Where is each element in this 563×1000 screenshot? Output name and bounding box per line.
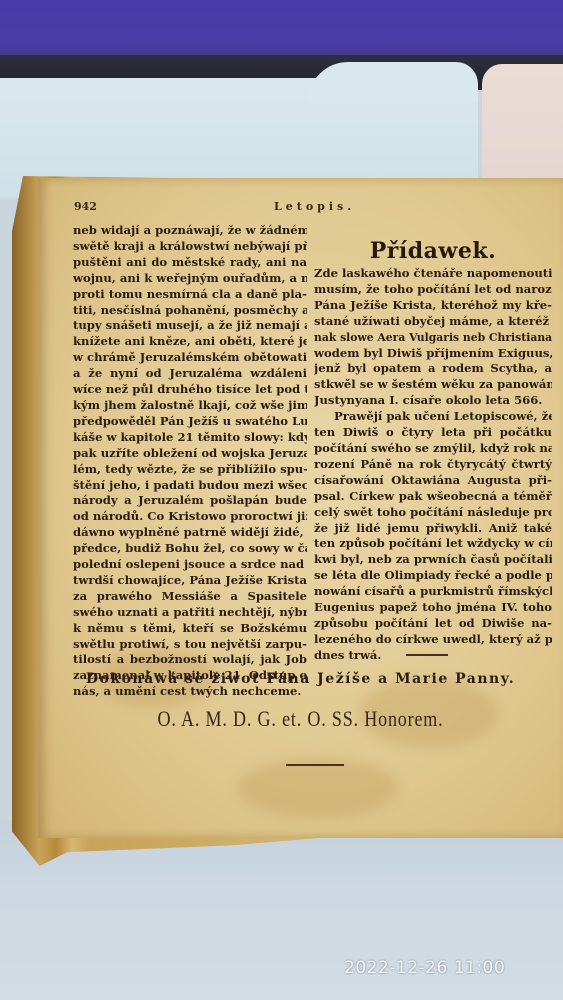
running-title: Letopis. <box>274 200 355 213</box>
text-line: nak slowe Aera Vulgaris neb Christiana, … <box>314 330 552 346</box>
text-line: tilostí a bezbožností wolají, jak Job <box>73 652 307 668</box>
text-line: knížete ani kněze, ani oběti, které jeno… <box>73 334 307 350</box>
text-line: dáwno wyplněné patrně widějí židé, a <box>73 525 307 541</box>
text-line: předpowěděl Pán Ježíš u swatého Lu- <box>73 414 307 430</box>
text-line: swětě kraji a králowstwí nebýwají při- <box>73 239 307 255</box>
motto: O. A. M. D. G. et. O. SS. Honorem. <box>85 706 516 732</box>
text-line: za prawého Messiáše a Spasitele <box>73 589 307 605</box>
text-line: swětlu protiwí, s tou největší zarpu- <box>73 637 307 653</box>
text-line: ten způsob počítání let wždycky w cír- <box>314 536 552 552</box>
text-line: titi, nesčíslná pohanění, posměchy a po- <box>73 303 307 319</box>
text-line: národy a Jeruzalém pošlapán bude <box>73 493 307 509</box>
text-line: se léta dle Olimpiady řecké a podle pa- <box>314 568 552 584</box>
text-line: wíce než půl druhého tisíce let pod těž- <box>73 382 307 398</box>
text-line: počítání swého se zmýlil, když rok na- <box>314 441 552 457</box>
text-line: swého uznati a patřiti nechtějí, nýbrž <box>73 605 307 621</box>
text-line: od národů. Co Kristowo proroctwí již <box>73 509 307 525</box>
text-line: káše w kapitole 21 těmito slowy: když <box>73 430 307 446</box>
text-line: jenž byl opatem a rodem Scytha, a <box>314 361 552 377</box>
text-line: stkwěl se w šestém wěku za panowání <box>314 377 552 393</box>
page-number: 942 <box>74 200 97 213</box>
right-column: Zde laskawého čtenáře napomenouti musím,… <box>314 266 552 664</box>
running-head: 942 Letopis. <box>38 200 563 214</box>
text-line: štění jeho, i padati budou mezi wšecky <box>73 478 307 494</box>
text-line: Prawějí pak učení Letopiscowé, že <box>314 409 552 425</box>
text-line: tupy snášeti musejí, a že již nemají ani <box>73 318 307 334</box>
photo-timestamp: 2022-12-26 11:00 <box>344 958 505 978</box>
text-line: w chrámě Jeruzalémském obětowati směli, <box>73 350 307 366</box>
text-line: Zde laskawého čtenáře napomenouti <box>314 266 552 282</box>
text-line: způsobu počítání let od Diwiše na- <box>314 616 552 632</box>
left-column: neb widají a poznáwají, že w žádném swět… <box>73 223 307 700</box>
paper-stain <box>238 758 398 818</box>
text-line: polední oslepeni jsouce a srdce nad skál… <box>73 557 307 573</box>
text-line: kým jhem žalostně lkají, což wše jim <box>73 398 307 414</box>
text-line: lém, tedy wězte, že se přiblížilo spu- <box>73 462 307 478</box>
text-line: nowání císařů a purkmistrů římských. <box>314 584 552 600</box>
text-line: lezeného do církwe uwedl, který až po- <box>314 632 552 648</box>
section-end-rule <box>406 654 448 656</box>
book-page: 942 Letopis. neb widají a poznáwají, že … <box>38 178 563 838</box>
text-line: pak uzříte obležení od wojska Jeruza- <box>73 446 307 462</box>
text-line: celý swět toho počítání následuje proto, <box>314 505 552 521</box>
text-line: wojnu, ani k weřejným ouřadům, a na- <box>73 271 307 287</box>
text-line: ten Diwiš o čtyry leta při počátku <box>314 425 552 441</box>
text-line: dnes trwá. <box>314 648 552 664</box>
text-line: kwi byl, neb za prwních časů počítali <box>314 552 552 568</box>
end-rule <box>286 764 344 766</box>
text-line: Eugenius papež toho jména IV. toho <box>314 600 552 616</box>
text-line: twrdší chowajíce, Pána Ježíše Krista <box>73 573 307 589</box>
text-line: Pána Ježíše Krista, kteréhož my kře- <box>314 298 552 314</box>
text-line: rození Páně na rok čtyrycátý čtwrtý <box>314 457 552 473</box>
background-towel-pink <box>482 64 563 194</box>
section-heading: Přídawek. <box>314 238 552 264</box>
text-line: stané užíwati obyčej máme, a kteréž ji- <box>314 314 552 330</box>
text-line: císařowání Oktawiána Augusta při- <box>314 473 552 489</box>
text-line: Justynyana I. císaře okolo leta 566. <box>314 393 552 409</box>
text-line: neb widají a poznáwají, že w žádném <box>73 223 307 239</box>
background-wall <box>0 0 563 62</box>
text-line: wodem byl Diwiš příjmením Exiguus, <box>314 346 552 362</box>
text-line: a že nyní od Jeruzaléma wzdáleni <box>73 366 307 382</box>
text-line: k němu s těmi, kteří se Božskému <box>73 621 307 637</box>
text-line: předce, budiž Bohu žel, co sowy w čas <box>73 541 307 557</box>
text-line: proti tomu nesmírná cla a daně pla- <box>73 287 307 303</box>
text-line: puštěni ani do městské rady, ani na <box>73 255 307 271</box>
text-line: musím, že toho počítání let od narození <box>314 282 552 298</box>
closing-line: Dokonáwá se žiwot Pána Ježíše a Marie Pa… <box>38 671 563 687</box>
text-line: že již lidé jemu přiwykli. Aniž také <box>314 521 552 537</box>
text-line: psal. Církew pak wšeobecná a téměř <box>314 489 552 505</box>
